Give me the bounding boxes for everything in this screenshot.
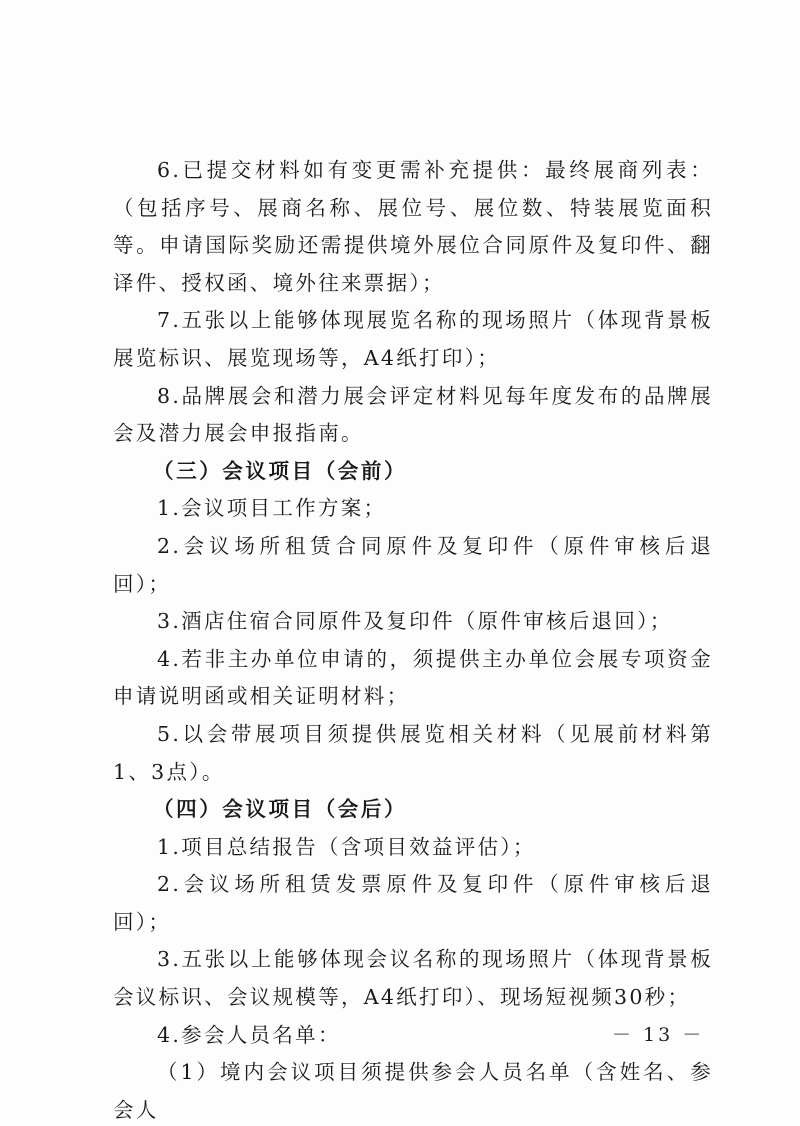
- meeting-pre-item-3: 3.酒店住宿合同原件及复印件（原件审核后退回）；: [113, 603, 713, 641]
- meeting-post-item-1: 1.项目总结报告（含项目效益评估）；: [113, 829, 713, 867]
- meeting-pre-item-4: 4.若非主办单位申请的，须提供主办单位会展专项资金申请说明函或相关证明材料；: [113, 641, 713, 716]
- meeting-pre-item-5: 5.以会带展项目须提供展览相关材料（见展前材料第1、3点）。: [113, 716, 713, 791]
- meeting-post-item-4-sub-1: （1）境内会议项目须提供参会人员名单（含姓名、参会人: [113, 1054, 713, 1126]
- item-6-submitted-materials-changes: 6.已提交材料如有变更需补充提供：最终展商列表：（包括序号、展商名称、展位号、展…: [113, 152, 713, 302]
- section-heading-meeting-post: （四）会议项目（会后）: [113, 791, 713, 829]
- item-8-brand-exhibition-materials: 8.品牌展会和潜力展会评定材料见每年度发布的品牌展会及潜力展会申报指南。: [113, 378, 713, 453]
- section-heading-meeting-pre: （三）会议项目（会前）: [113, 453, 713, 491]
- meeting-pre-item-2: 2.会议场所租赁合同原件及复印件（原件审核后退回）；: [113, 528, 713, 603]
- item-7-exhibition-photos: 7.五张以上能够体现展览名称的现场照片（体现背景板展览标识、展览现场等，A4纸打…: [113, 302, 713, 377]
- meeting-pre-item-1: 1.会议项目工作方案；: [113, 490, 713, 528]
- document-body: 6.已提交材料如有变更需补充提供：最终展商列表：（包括序号、展商名称、展位号、展…: [113, 152, 713, 1126]
- meeting-post-item-2: 2.会议场所租赁发票原件及复印件（原件审核后退回）；: [113, 866, 713, 941]
- document-page: 6.已提交材料如有变更需补充提供：最终展商列表：（包括序号、展商名称、展位号、展…: [0, 0, 800, 1126]
- meeting-post-item-3: 3.五张以上能够体现会议名称的现场照片（体现背景板会议标识、会议规模等，A4纸打…: [113, 941, 713, 1016]
- page-number: － 13 －: [612, 1020, 704, 1047]
